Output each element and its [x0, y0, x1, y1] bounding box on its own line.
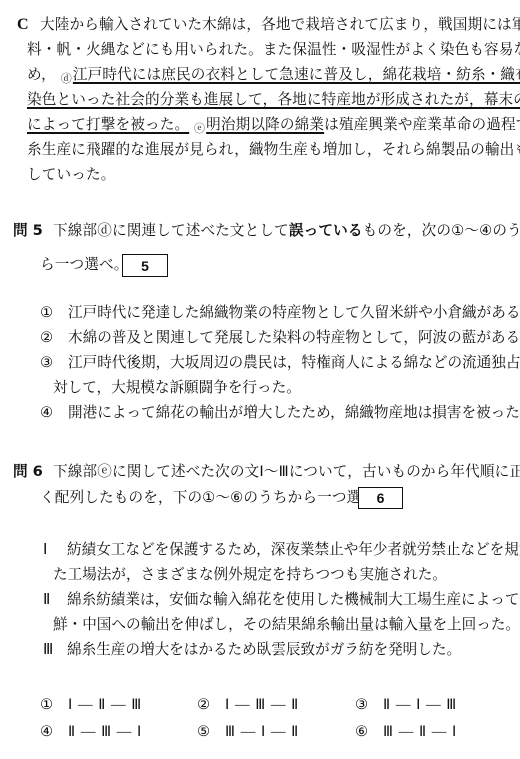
choice-number: ①: [40, 304, 68, 322]
question-6-label: 問 6: [13, 463, 43, 481]
order-option-4[interactable]: ④Ⅱ — Ⅲ — Ⅰ: [40, 723, 142, 741]
prompt-text: 下線部ⓔに関して述べた次の文Ⅰ〜Ⅲについて，古いものから年代順に正し: [53, 463, 520, 480]
passage-text: 料・帆・火縄などにも用いられた。また保温性・吸湿性がよく染色も容易なた: [27, 41, 520, 58]
option-sequence: Ⅲ — Ⅱ — Ⅰ: [383, 724, 457, 740]
question-6-prompt-line-1: 下線部ⓔに関して述べた次の文Ⅰ〜Ⅲについて，古いものから年代順に正し: [53, 463, 520, 481]
passage-line-4: 染色といった社会的分業も進展して，各地に特産地が形成されたが，幕末の開港: [27, 91, 520, 109]
statement-text: 綿糸紡績業は，安価な輸入綿花を使用した機械制大工場生産によって朝: [67, 591, 520, 608]
underline-marker-e: ⓔ: [194, 122, 205, 135]
statement-number: Ⅲ: [43, 641, 67, 659]
option-number: ④: [40, 723, 68, 741]
section-letter: C: [17, 16, 29, 34]
passage-text: 糸生産に飛躍的な進展が見られ，織物生産も増加し，それら綿製品の輸出も伸長: [27, 141, 520, 158]
option-sequence: Ⅱ — Ⅲ — Ⅰ: [68, 724, 142, 740]
choice-text: 江戸時代に発達した綿織物業の特産物として久留米絣や小倉織がある。: [68, 304, 520, 321]
emphasis-text: 誤っている: [289, 222, 363, 239]
option-number: ⑤: [197, 723, 225, 741]
passage-line-7: していった。: [27, 166, 115, 184]
choice-4[interactable]: ④開港によって綿花の輸出が増大したため，綿織物産地は損害を被った。: [40, 404, 520, 422]
question-5-label: 問 5: [13, 222, 43, 240]
order-option-5[interactable]: ⑤Ⅲ — Ⅰ — Ⅱ: [197, 723, 299, 741]
statement-2: Ⅱ綿糸紡績業は，安価な輸入綿花を使用した機械制大工場生産によって朝: [43, 591, 520, 609]
choice-1[interactable]: ①江戸時代に発達した綿織物業の特産物として久留米絣や小倉織がある。: [40, 304, 520, 322]
prompt-text: ものを，次の①〜④のうちか: [363, 222, 520, 239]
underlined-text-d: によって打撃を被った。: [27, 116, 189, 133]
passage-line-2: 料・帆・火縄などにも用いられた。また保温性・吸湿性がよく染色も容易なた: [27, 41, 520, 59]
underline-marker-d: ⓓ: [61, 72, 72, 85]
statement-number: Ⅰ: [43, 541, 67, 559]
statement-1: Ⅰ紡績女工などを保護するため，深夜業禁止や年少者就労禁止などを規定し: [43, 541, 520, 559]
choice-number: ④: [40, 404, 68, 422]
underlined-text-e: 明治期以降の綿業: [206, 116, 324, 133]
choice-number: ②: [40, 329, 68, 347]
underlined-text-d: 染色といった社会的分業も進展して，各地に特産地が形成されたが，幕末の開港: [27, 91, 520, 108]
option-number: ②: [197, 696, 225, 714]
answer-box-6[interactable]: 6: [358, 487, 403, 509]
statement-text: 綿糸生産の増大をはかるため臥雲辰致がガラ紡を発明した。: [67, 641, 461, 658]
order-option-2[interactable]: ②Ⅰ — Ⅲ — Ⅱ: [197, 696, 299, 714]
option-sequence: Ⅱ — Ⅰ — Ⅲ: [383, 697, 457, 713]
statement-2-continued: 鮮・中国への輸出を伸ばし，その結果綿糸輸出量は輸入量を上回った。: [53, 616, 520, 634]
prompt-text: ら一つ選べ。: [40, 256, 128, 273]
choice-text: 開港によって綿花の輸出が増大したため，綿織物産地は損害を被った。: [68, 404, 520, 421]
option-sequence: Ⅲ — Ⅰ — Ⅱ: [225, 724, 299, 740]
order-option-6[interactable]: ⑥Ⅲ — Ⅱ — Ⅰ: [355, 723, 457, 741]
choice-2[interactable]: ②木綿の普及と関連して発展した染料の特産物として，阿波の藍がある。: [40, 329, 520, 347]
underlined-text-d: 江戸時代には庶民の衣料として急速に普及し，綿花栽培・紡糸・織布・: [73, 66, 520, 83]
passage-line-3: め， ⓓ江戸時代には庶民の衣料として急速に普及し，綿花栽培・紡糸・織布・: [27, 66, 520, 85]
statement-text: 鮮・中国への輸出を伸ばし，その結果綿糸輸出量は輸入量を上回った。: [53, 616, 520, 633]
choice-3[interactable]: ③江戸時代後期，大坂周辺の農民は，特権商人による綿などの流通独占に反: [40, 354, 520, 372]
question-6-prompt-line-2: く配列したものを，下の①〜⑥のうちから一つ選べ。: [40, 489, 391, 507]
choice-text: 木綿の普及と関連して発展した染料の特産物として，阿波の藍がある。: [68, 329, 520, 346]
order-option-3[interactable]: ③Ⅱ — Ⅰ — Ⅲ: [355, 696, 457, 714]
passage-line-5: によって打撃を被った。 ⓔ明治期以降の綿業は殖産興業や産業革命の過程で綿: [27, 116, 520, 135]
statement-text: た工場法が，さまざまな例外規定を持ちつつも実施された。: [53, 566, 447, 583]
option-number: ③: [355, 696, 383, 714]
passage-text: は殖産興業や産業革命の過程で綿: [324, 116, 520, 133]
passage-text: 大陸から輸入されていた木綿は，各地で栽培されて広まり，戦国期には軍用衣: [40, 16, 520, 33]
choice-3-continued: 対して，大規模な訴願闘争を行った。: [53, 379, 301, 397]
statement-1-continued: た工場法が，さまざまな例外規定を持ちつつも実施された。: [53, 566, 447, 584]
question-5-prompt-line-1: 下線部ⓓに関連して述べた文として誤っているものを，次の①〜④のうちか: [53, 222, 520, 240]
passage-line-6: 糸生産に飛躍的な進展が見られ，織物生産も増加し，それら綿製品の輸出も伸長: [27, 141, 520, 159]
answer-box-5[interactable]: 5: [122, 254, 168, 277]
option-sequence: Ⅰ — Ⅱ — Ⅲ: [68, 697, 142, 713]
statement-number: Ⅱ: [43, 591, 67, 609]
passage-text: め，: [27, 66, 56, 83]
prompt-text: 下線部ⓓに関連して述べた文として: [53, 222, 289, 239]
statement-3: Ⅲ綿糸生産の増大をはかるため臥雲辰致がガラ紡を発明した。: [43, 641, 461, 659]
choice-text: 江戸時代後期，大坂周辺の農民は，特権商人による綿などの流通独占に反: [68, 354, 520, 371]
passage-text: していった。: [27, 166, 115, 183]
statement-text: 紡績女工などを保護するため，深夜業禁止や年少者就労禁止などを規定し: [67, 541, 520, 558]
option-number: ⑥: [355, 723, 383, 741]
passage-line-1: 大陸から輸入されていた木綿は，各地で栽培されて広まり，戦国期には軍用衣: [40, 16, 520, 34]
prompt-text: く配列したものを，下の①〜⑥のうちから一つ選べ。: [40, 489, 391, 506]
order-option-1[interactable]: ①Ⅰ — Ⅱ — Ⅲ: [40, 696, 142, 714]
question-5-prompt-line-2: ら一つ選べ。: [40, 256, 128, 274]
option-number: ①: [40, 696, 68, 714]
choice-text: 対して，大規模な訴願闘争を行った。: [53, 379, 301, 396]
option-sequence: Ⅰ — Ⅲ — Ⅱ: [225, 697, 299, 713]
choice-number: ③: [40, 354, 68, 372]
